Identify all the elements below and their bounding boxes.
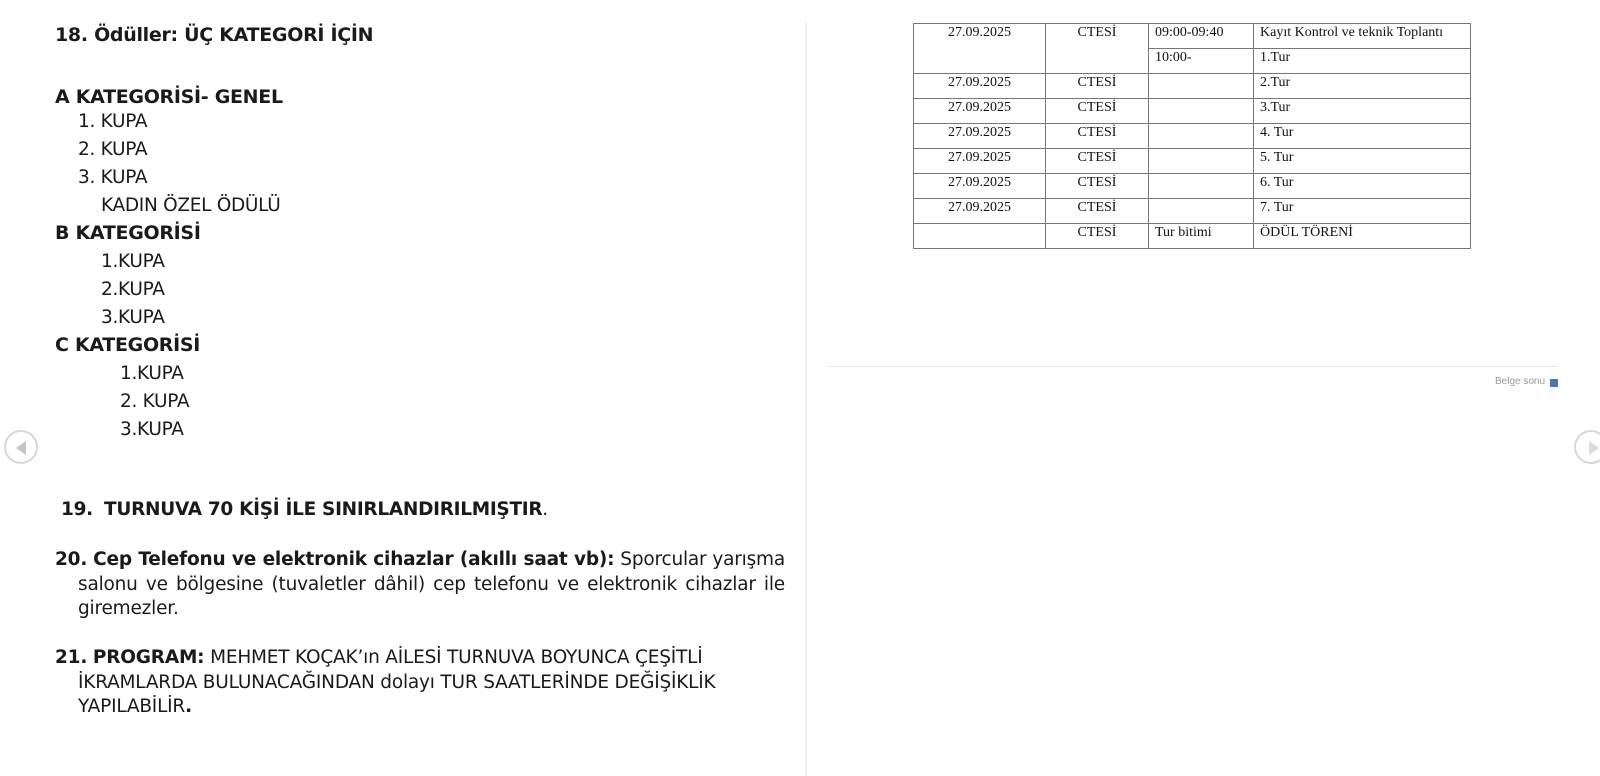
table-row: 27.09.2025 CTESİ 7. Tur (914, 199, 1471, 224)
section-18-heading: 18. Ödüller: ÜÇ KATEGORİ İÇİN (55, 24, 373, 46)
section-20-line3: giremezler. (55, 597, 785, 622)
section-20: 20. Cep Telefonu ve elektronik cihazlar … (55, 548, 785, 622)
section-19: 19. TURNUVA 70 KİŞİ İLE SINIRLANDIRILMIŞ… (61, 499, 548, 520)
day-cell: CTESİ (1046, 99, 1149, 124)
table-row: 27.09.2025 CTESİ 5. Tur (914, 149, 1471, 174)
day-cell: CTESİ (1046, 224, 1149, 249)
section-20-number: 20. (55, 549, 87, 570)
section-21-number: 21. (55, 647, 87, 668)
chevron-right-icon (1589, 441, 1599, 455)
event-cell: 2.Tur (1254, 74, 1471, 99)
left-page: 18. Ödüller: ÜÇ KATEGORİ İÇİN A KATEGORİ… (0, 0, 806, 776)
time-cell: Tur bitimi (1149, 224, 1254, 249)
date-cell: 27.09.2025 (914, 199, 1046, 224)
time-cell (1149, 199, 1254, 224)
time-cell: 10:00- (1149, 49, 1254, 74)
section-21-trail: . (185, 696, 192, 717)
end-of-document-label: Belge sonu (1495, 376, 1545, 387)
schedule-table: 27.09.2025 CTESİ 09:00-09:40 Kayıt Kontr… (913, 23, 1471, 249)
section-20-line1-rest: Sporcular yarışma (620, 549, 785, 570)
section-21-line3: YAPILABİLİR. (55, 695, 785, 720)
next-page-button[interactable] (1574, 430, 1600, 464)
date-cell: 27.09.2025 (914, 149, 1046, 174)
event-cell: Kayıt Kontrol ve teknik Toplantı (1254, 24, 1471, 49)
day-cell: CTESİ (1046, 124, 1149, 149)
time-cell (1149, 174, 1254, 199)
day-cell: CTESİ (1046, 24, 1149, 74)
section-20-line1: 20. Cep Telefonu ve elektronik cihazlar … (55, 548, 785, 573)
section-21-label: PROGRAM: (93, 647, 205, 668)
event-cell: 1.Tur (1254, 49, 1471, 74)
date-cell (914, 224, 1046, 249)
category-a-item: 1. KUPA (78, 111, 147, 132)
section-21-line2: İKRAMLARDA BULUNACAĞINDAN dolayı TUR SAA… (55, 671, 785, 696)
category-c-item: 1.KUPA (120, 363, 184, 384)
chevron-left-icon (16, 441, 26, 455)
section-20-line2: salonu ve bölgesine (tuvaletler dâhil) c… (55, 573, 785, 598)
day-cell: CTESİ (1046, 174, 1149, 199)
category-b-item: 1.KUPA (101, 251, 165, 272)
event-cell: 6. Tur (1254, 174, 1471, 199)
section-21-line1: 21. PROGRAM: MEHMET KOÇAK’ın AİLESİ TURN… (55, 646, 785, 671)
date-cell: 27.09.2025 (914, 74, 1046, 99)
category-b-item: 2.KUPA (101, 279, 165, 300)
event-cell: 5. Tur (1254, 149, 1471, 174)
table-row: 27.09.2025 CTESİ 3.Tur (914, 99, 1471, 124)
event-cell: 4. Tur (1254, 124, 1471, 149)
category-a-title: A KATEGORİSİ- GENEL (55, 86, 283, 108)
section-19-text: TURNUVA 70 KİŞİ İLE SINIRLANDIRILMIŞTIR (104, 499, 542, 520)
time-cell (1149, 149, 1254, 174)
category-c-item: 3.KUPA (120, 419, 184, 440)
category-a-item: 2. KUPA (78, 139, 147, 160)
event-cell: ÖDÜL TÖRENİ (1254, 224, 1471, 249)
time-cell (1149, 99, 1254, 124)
category-b-item: 3.KUPA (101, 307, 165, 328)
date-cell: 27.09.2025 (914, 174, 1046, 199)
page-divider (805, 22, 807, 776)
end-of-document-rule (828, 366, 1558, 367)
time-cell (1149, 124, 1254, 149)
table-row: 27.09.2025 CTESİ 6. Tur (914, 174, 1471, 199)
category-c-item: 2. KUPA (120, 391, 189, 412)
date-cell: 27.09.2025 (914, 124, 1046, 149)
section-19-trail: . (542, 499, 548, 520)
category-c-title: C KATEGORİSİ (55, 334, 200, 356)
date-cell: 27.09.2025 (914, 99, 1046, 124)
section-20-bold: Cep Telefonu ve elektronik cihazlar (akı… (93, 549, 614, 570)
day-cell: CTESİ (1046, 199, 1149, 224)
end-of-document-marker-icon (1550, 379, 1558, 387)
section-19-number: 19. (61, 499, 93, 520)
section-21-line3-text: YAPILABİLİR (78, 696, 185, 717)
previous-page-button[interactable] (4, 430, 38, 464)
category-a-item: KADIN ÖZEL ÖDÜLÜ (101, 195, 280, 216)
section-21: 21. PROGRAM: MEHMET KOÇAK’ın AİLESİ TURN… (55, 646, 785, 720)
time-cell: 09:00-09:40 (1149, 24, 1254, 49)
time-cell (1149, 74, 1254, 99)
day-cell: CTESİ (1046, 74, 1149, 99)
date-cell: 27.09.2025 (914, 24, 1046, 74)
table-row: 27.09.2025 CTESİ 09:00-09:40 Kayıt Kontr… (914, 24, 1471, 49)
category-a-item: 3. KUPA (78, 167, 147, 188)
category-b-title: B KATEGORİSİ (55, 222, 201, 244)
table-row: 27.09.2025 CTESİ 2.Tur (914, 74, 1471, 99)
table-row: CTESİ Tur bitimi ÖDÜL TÖRENİ (914, 224, 1471, 249)
event-cell: 3.Tur (1254, 99, 1471, 124)
event-cell: 7. Tur (1254, 199, 1471, 224)
section-21-line1-rest: MEHMET KOÇAK’ın AİLESİ TURNUVA BOYUNCA Ç… (210, 647, 702, 668)
day-cell: CTESİ (1046, 149, 1149, 174)
table-row: 27.09.2025 CTESİ 4. Tur (914, 124, 1471, 149)
